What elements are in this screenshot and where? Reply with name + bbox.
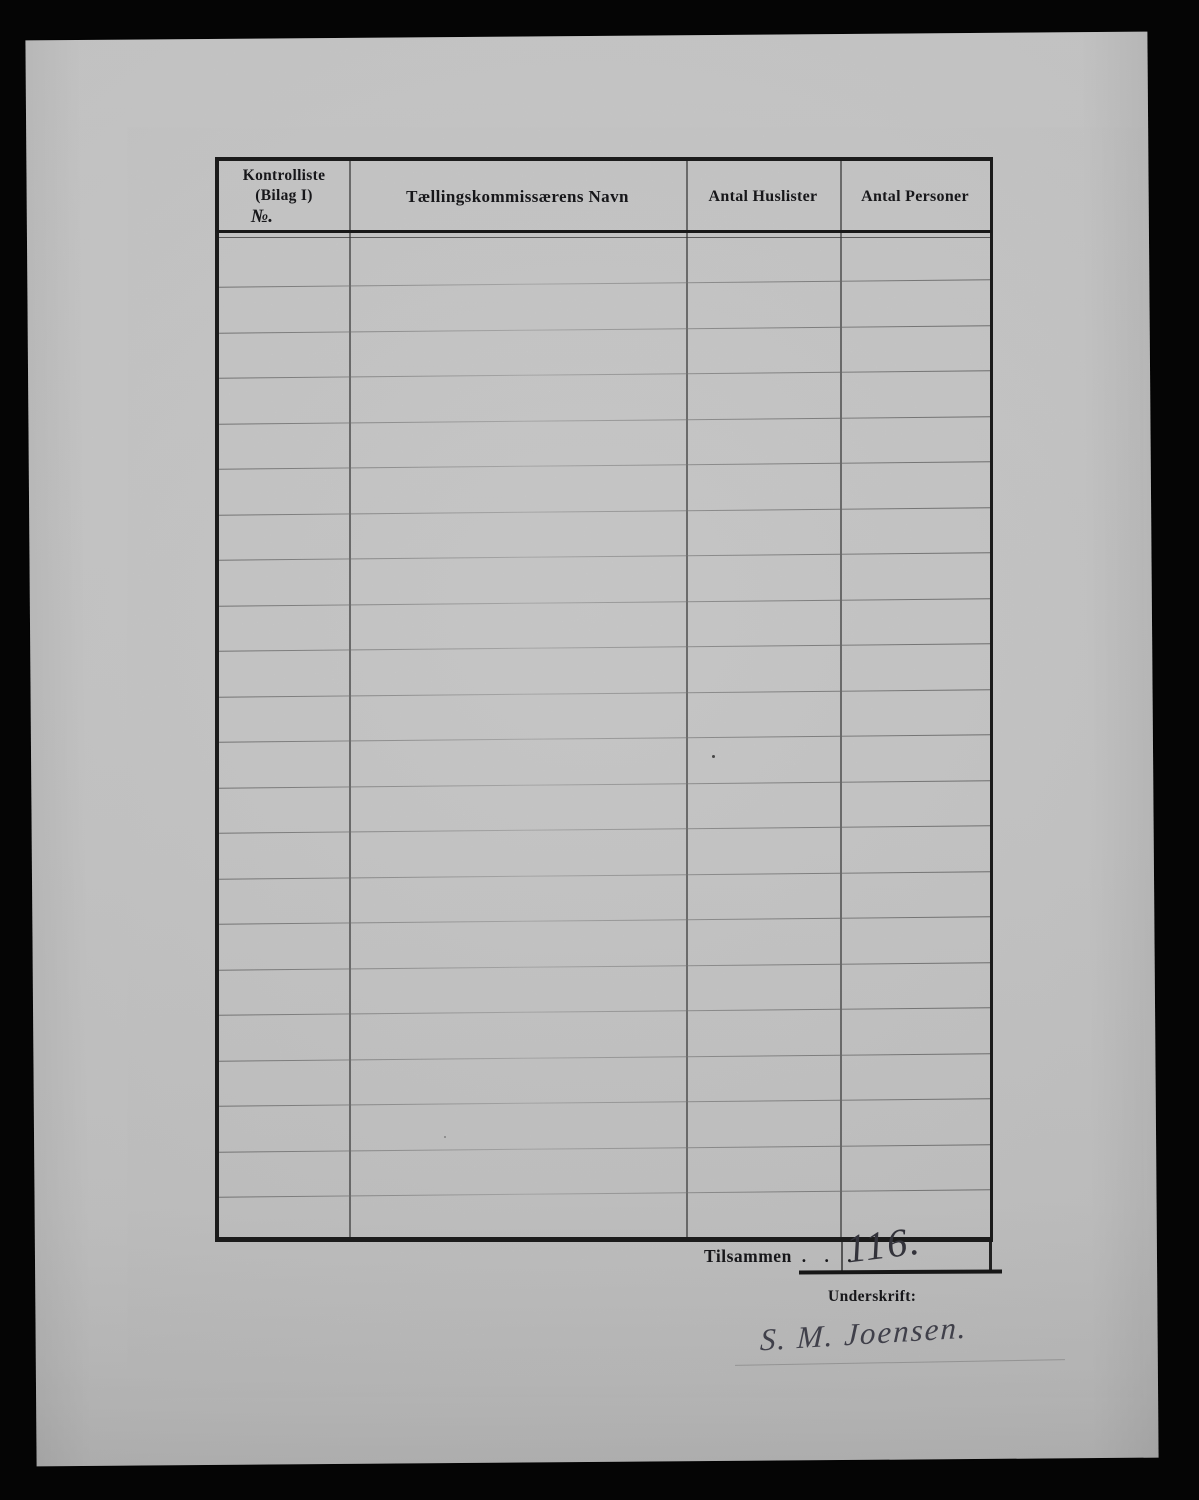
total-label: Tilsammen. . .	[704, 1246, 859, 1267]
table-row-line	[219, 598, 990, 606]
table-row-line	[219, 1144, 990, 1152]
table-row-line	[219, 780, 990, 788]
table-row-line	[219, 916, 990, 924]
scan-speck	[444, 1136, 446, 1138]
table-row-line	[219, 1098, 990, 1106]
table-row-line	[219, 1007, 990, 1015]
table-row-line	[219, 370, 990, 378]
table-row-line	[219, 325, 990, 333]
page-content: Kontrolliste (Bilag I) №. Tællingskommis…	[0, 0, 1199, 1500]
signature-label: Underskrift:	[828, 1288, 916, 1306]
table-row-line	[219, 507, 990, 515]
table-row-line	[219, 416, 990, 424]
table-row-line	[219, 279, 990, 287]
signature-underline	[735, 1359, 1065, 1366]
table-row-line	[219, 461, 990, 469]
table-row-line	[219, 552, 990, 560]
total-underline	[799, 1269, 1002, 1274]
table-row-line	[219, 962, 990, 970]
table-row-line	[219, 689, 990, 697]
total-label-text: Tilsammen	[704, 1246, 792, 1266]
table-row-lines	[219, 161, 990, 1237]
total-box-left-line	[841, 1242, 843, 1271]
total-value-handwritten: 116.	[843, 1217, 923, 1273]
table-row-line	[219, 871, 990, 879]
signature-handwritten: S. M. Joensen.	[759, 1310, 968, 1359]
scanned-document: Kontrolliste (Bilag I) №. Tællingskommis…	[0, 0, 1199, 1500]
control-list-table: Kontrolliste (Bilag I) №. Tællingskommis…	[215, 157, 993, 1242]
total-box-right-line	[989, 1242, 992, 1271]
scan-speck	[712, 755, 715, 758]
table-row-line	[219, 643, 990, 651]
table-row-line	[219, 1189, 990, 1197]
table-row-line	[219, 825, 990, 833]
table-row-line	[219, 734, 990, 742]
table-row-line	[219, 1053, 990, 1061]
